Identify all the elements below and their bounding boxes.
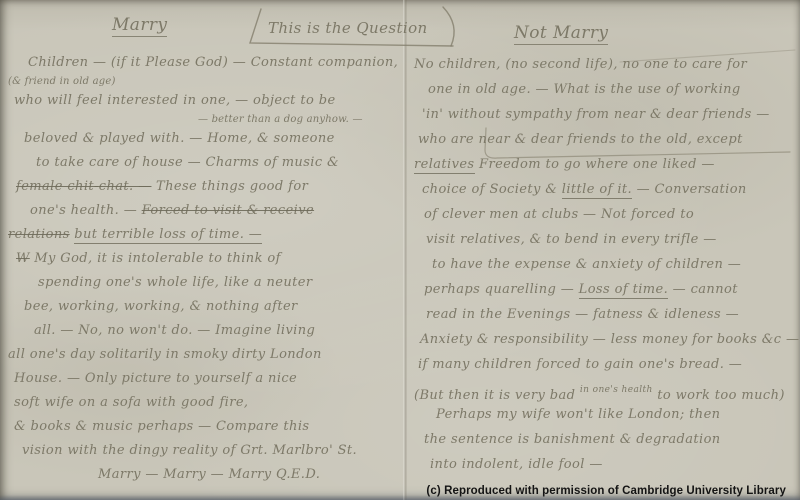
manuscript-segment: if many children forced to gain one's br… — [418, 357, 742, 372]
manuscript-line: who are near & dear friends to the old, … — [414, 129, 798, 154]
manuscript-segment: to work too much) — [653, 388, 785, 403]
manuscript-segment: Loss of time. — [579, 282, 668, 299]
not-marry-column: No children, (no second life), no one to… — [414, 54, 798, 479]
manuscript-line: into indolent, idle fool — — [414, 454, 798, 479]
manuscript-segment: Anxiety & responsibility — less money fo… — [420, 332, 799, 347]
manuscript-segment: into indolent, idle fool — — [430, 457, 603, 472]
manuscript-segment: These things good for — [152, 179, 309, 194]
manuscript-line: Marry — Marry — Marry Q.E.D. — [8, 464, 406, 488]
manuscript-segment: all. — No, no won't do. — Imagine living — [34, 323, 315, 338]
manuscript-segment: W — [16, 251, 30, 266]
manuscript-segment: spending one's whole life, like a neuter — [38, 275, 313, 290]
manuscript-line: 'in' without sympathy from near & dear f… — [414, 104, 798, 129]
manuscript-segment: who will feel interested in one, — objec… — [14, 93, 336, 108]
manuscript-segment: No children, (no second life), no one to… — [414, 57, 747, 72]
manuscript-line: female chit-chat. — These things good fo… — [8, 176, 406, 200]
manuscript-line: relations but terrible loss of time. — — [8, 224, 406, 248]
manuscript-segment: to take care of house — Charms of music … — [36, 155, 339, 170]
manuscript-segment: to have the expense & anxiety of childre… — [432, 257, 741, 272]
manuscript-line: Anxiety & responsibility — less money fo… — [414, 329, 798, 354]
manuscript-segment: My God, it is intolerable to think of — [30, 251, 281, 266]
manuscript-line: vision with the dingy reality of Grt. Ma… — [8, 440, 406, 464]
manuscript-line: relatives Freedom to go where one liked … — [414, 154, 798, 179]
marry-column: Children — (if it Please God) — Constant… — [8, 52, 406, 488]
manuscript-segment: relations — [8, 227, 70, 242]
manuscript-segment: but terrible loss of time. — — [74, 227, 262, 244]
manuscript-line: read in the Evenings — fatness & idlenes… — [414, 304, 798, 329]
manuscript-line: beloved & played with. — Home, & someone — [8, 128, 406, 152]
manuscript-line: one in old age. — What is the use of wor… — [414, 79, 798, 104]
manuscript-segment: perhaps quarelling — — [424, 282, 579, 297]
manuscript-segment: 'in' without sympathy from near & dear f… — [422, 107, 770, 122]
manuscript-line: Perhaps my wife won't like London; then — [414, 404, 798, 429]
manuscript-line: & books & music perhaps — Compare this — [8, 416, 406, 440]
manuscript-line: choice of Society & little of it. — Conv… — [414, 179, 798, 204]
manuscript-segment: little of it. — [562, 182, 632, 199]
manuscript-line: to take care of house — Charms of music … — [8, 152, 406, 176]
manuscript-line: the sentence is banishment & degradation — [414, 429, 798, 454]
manuscript-segment: all one's day solitarily in smoky dirty … — [8, 347, 322, 362]
manuscript-line: bee, working, working, & nothing after — [8, 296, 406, 320]
manuscript-segment: (& friend in old age) — [8, 76, 116, 87]
manuscript-line: W My God, it is intolerable to think of — [8, 248, 406, 272]
manuscript-segment: Children — (if it Please God) — Constant… — [28, 55, 398, 70]
manuscript-line: soft wife on a sofa with good fire, — [8, 392, 406, 416]
manuscript-page: Marry This is the Question Not Marry Chi… — [0, 0, 800, 500]
manuscript-line: perhaps quarelling — Loss of time. — can… — [414, 279, 798, 304]
header-not-marry: Not Marry — [514, 23, 608, 45]
manuscript-segment: female chit-chat. — — [16, 179, 152, 194]
manuscript-line: one's health. — Forced to visit & receiv… — [8, 200, 406, 224]
manuscript-segment: read in the Evenings — fatness & idlenes… — [426, 307, 739, 322]
attribution-text: (c) Reproduced with permission of Cambri… — [426, 485, 786, 497]
manuscript-segment: beloved & played with. — Home, & someone — [24, 131, 335, 146]
manuscript-segment: visit relatives, & to bend in every trif… — [426, 232, 717, 247]
question-bracket-paren — [443, 7, 454, 46]
manuscript-segment: Perhaps my wife won't like London; then — [436, 407, 720, 422]
manuscript-segment: (But then it is very bad — [414, 388, 580, 403]
manuscript-segment: one's health. — — [30, 203, 142, 218]
manuscript-line: all one's day solitarily in smoky dirty … — [8, 344, 406, 368]
manuscript-line: visit relatives, & to bend in every trif… — [414, 229, 798, 254]
manuscript-segment: — cannot — [668, 282, 738, 297]
manuscript-segment: & books & music perhaps — Compare this — [14, 419, 309, 434]
manuscript-segment: of clever men at clubs — Not forced to — [424, 207, 694, 222]
manuscript-segment: one in old age. — What is the use of wor… — [428, 82, 741, 97]
manuscript-segment: Forced to visit & receive — [142, 203, 314, 218]
manuscript-line: all. — No, no won't do. — Imagine living — [8, 320, 406, 344]
manuscript-line: No children, (no second life), no one to… — [414, 54, 798, 79]
manuscript-line: Children — (if it Please God) — Constant… — [8, 52, 406, 76]
manuscript-segment: vision with the dingy reality of Grt. Ma… — [22, 443, 357, 458]
manuscript-line: (& friend in old age) — [8, 76, 406, 90]
manuscript-line: to have the expense & anxiety of childre… — [414, 254, 798, 279]
manuscript-line: if many children forced to gain one's br… — [414, 354, 798, 379]
header-question: This is the Question — [268, 19, 428, 37]
manuscript-segment: the sentence is banishment & degradation — [424, 432, 721, 447]
manuscript-line: (But then it is very bad in one's health… — [414, 379, 798, 404]
manuscript-segment: relatives — [414, 157, 475, 174]
manuscript-segment: soft wife on a sofa with good fire, — [14, 395, 248, 410]
manuscript-line: spending one's whole life, like a neuter — [8, 272, 406, 296]
manuscript-segment: choice of Society & — [422, 182, 562, 197]
manuscript-line: — better than a dog anyhow. — — [8, 114, 406, 128]
manuscript-segment: House. — Only picture to yourself a nice — [14, 371, 297, 386]
manuscript-segment: who are near & dear friends to the old, … — [418, 132, 743, 147]
manuscript-line: who will feel interested in one, — objec… — [8, 90, 406, 114]
manuscript-segment: — Conversation — [632, 182, 747, 197]
manuscript-segment: Freedom to go where one liked — — [475, 157, 715, 172]
manuscript-segment: Marry — Marry — Marry Q.E.D. — [98, 467, 320, 482]
manuscript-segment: — better than a dog anyhow. — — [198, 114, 363, 125]
manuscript-segment: bee, working, working, & nothing after — [24, 299, 298, 314]
header-marry: Marry — [112, 15, 167, 37]
manuscript-line: House. — Only picture to yourself a nice — [8, 368, 406, 392]
manuscript-line: of clever men at clubs — Not forced to — [414, 204, 798, 229]
manuscript-segment: in one's health — [580, 385, 653, 395]
